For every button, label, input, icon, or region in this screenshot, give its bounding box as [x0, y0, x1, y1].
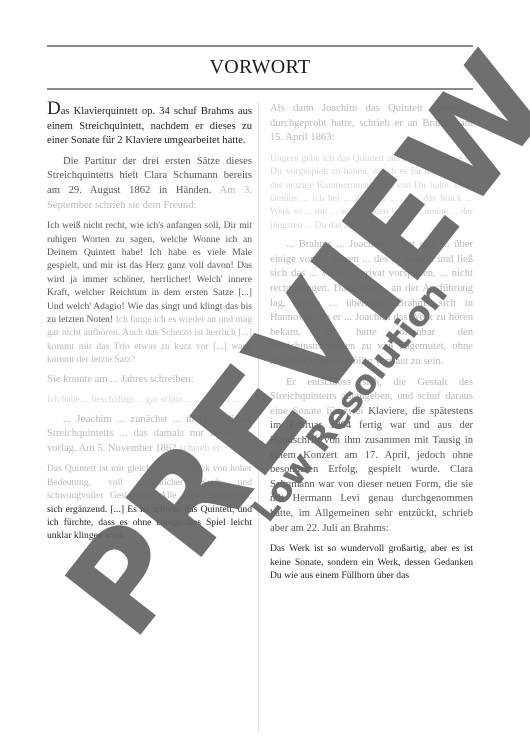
quote-joachim-letter: Ungern gebe ich das Quintett aus der Han…	[270, 152, 473, 232]
paragraph-text-end: schrieb er:	[179, 443, 223, 454]
quote-joachim: Das Quintett ist mir gleich klar, ein St…	[47, 462, 252, 542]
document-page: VORWORT Das Klavierquintett op. 34 schuf…	[0, 0, 530, 750]
quote-clara-1: Ich weiß nicht recht, wie ich's anfangen…	[47, 219, 252, 366]
quote-text: sich ergänzend. [...] Es ist schwer, das…	[47, 504, 252, 542]
paragraph-hannover: ... Brahms ... Joachim ... hat sich ... …	[270, 238, 473, 369]
column-divider	[258, 102, 259, 732]
quote-clara-2: Das Werk ist so wundervoll großartig, ab…	[270, 542, 473, 582]
paragraph-joachim-probe: Als dann Joachim das Quintett mehrmals d…	[270, 102, 473, 146]
paragraph-later: Sie konnte am ... Jahres schreiben:	[47, 373, 252, 388]
intro-text: as Klavierquintett op. 34 schuf Brahms a…	[47, 106, 252, 146]
quote-text-faded: Das Quintett ist mir gleich klar, ein St…	[47, 463, 252, 501]
top-rule	[47, 45, 473, 47]
paragraph-joachim: ... Joachim ... zunächst ... nicht ... d…	[47, 413, 252, 457]
quote-2: Ich habe ... beschäftigt ... gar schön .…	[47, 393, 252, 406]
right-column: Als dann Joachim das Quintett mehrmals d…	[270, 102, 473, 588]
paragraph-text: Klaviere, die spätestens im Februar 1864…	[270, 406, 473, 534]
paragraph-sonate: Er entschloss sich, die Gestalt des Stre…	[270, 376, 473, 537]
paragraph-partitur: Die Partitur der drei ersten Sätze diese…	[47, 155, 252, 213]
intro-paragraph: Das Klavierquintett op. 34 schuf Brahms …	[47, 102, 252, 149]
page-title: VORWORT	[47, 56, 473, 79]
left-column: Das Klavierquintett op. 34 schuf Brahms …	[47, 102, 252, 549]
title-bottom-rule	[47, 88, 473, 90]
quote-text: Ich weiß nicht recht, wie ich's anfangen…	[47, 220, 252, 325]
drop-cap: D	[47, 98, 61, 119]
